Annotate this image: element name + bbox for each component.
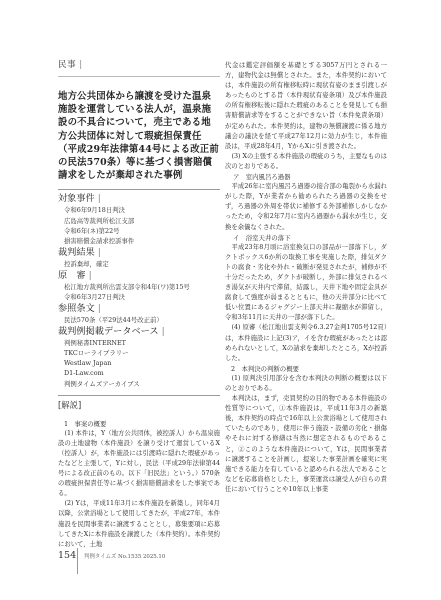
paragraph: (3) Xの主張する本件施設の瑕疵のうち，主要なものは次のとおりである。 [225,152,387,172]
database-item: 判例秘書INTERNET [58,338,220,348]
meta-line: 控訴棄却，確定 [58,259,220,269]
meta-line: 令和6年(ネ)第22号 [58,226,220,236]
paragraph: 平成23年8月頃に浴室換気口の部品が一部落下し，ダクトボックス6か所の取換工事を… [225,243,387,324]
database-item: TKCローライブラリー [58,348,220,358]
case-title: 地方公共団体から譲渡を受けた温泉施設を運営している法人が，温泉施設の不具合につい… [58,90,220,182]
category-label: 民事| [58,58,220,72]
paragraph: (1) 本件は，Y（地方公共団体，被控訴人）から温泉施設の土地建物（本件施設）を… [58,429,220,500]
right-column: 代金は鑑定評価額を基礎とする3057万円とされる一方，建物代金は無償とされた。ま… [225,61,387,495]
meta-line: 松江地方裁判所出雲支部令和4年(ワ)第15号 [58,282,220,292]
commentary-left: 1 事案の概要 (1) 本件は，Y（地方公共団体，被控訴人）から温泉施設の土地建… [58,419,220,550]
footer-divider [77,548,78,574]
paragraph: (1) 原判決引用部分を含む本判決の判断の概要は以下のとおりである。 [225,374,387,394]
meta-heading-statutes: 参照条文| [58,303,220,315]
meta-line: 令和6年3月27日判決 [58,292,220,302]
database-item: Westlaw Japan [58,358,220,368]
meta-line: 令和6年9月18日判決 [58,205,220,215]
subsection-heading: イ 浴室天井の落下 [225,233,387,243]
meta-line: 損害賠償金請求控訴事件 [58,236,220,246]
paragraph: 本判決は，まず，売買契約の目的物である本件施設の性質等について，①本件施設は，平… [225,394,387,495]
meta-line: 広島高等裁判所松江支部 [58,216,220,226]
meta-heading-case: 対象事件| [58,193,220,205]
divider [58,395,220,396]
meta-heading-original: 原 審| [58,270,220,282]
paragraph: 代金は鑑定評価額を基礎とする3057万円とされる一方，建物代金は無償とされた。ま… [225,61,387,152]
journal-info: 判例タイムズ No.1535 2025.10 [84,552,165,560]
database-item: D1-Law.com [58,368,220,378]
database-item: 判例タイムズアーカイブス [58,379,220,389]
divider [58,76,220,77]
paragraph: (4) 原審（松江地出雲支判令6.3.27金判1705号12頁）は，本件施設に上… [225,323,387,363]
left-column: 民事| 地方公共団体から譲渡を受けた温泉施設を運営している法人が，温泉施設の不具… [58,58,220,550]
commentary-heading: [解説] [58,399,220,411]
subsection-heading: ア 室内風呂ろ過器 [225,172,387,182]
meta-heading-result: 裁判結果| [58,247,220,259]
paragraph: 平成26年に室内風呂ろ過器の接合部の亀裂から水漏れがした際，Yが業者から勧められ… [225,182,387,232]
section-heading: 1 事案の概要 [58,419,220,429]
divider [58,189,220,190]
page-number: 154 [58,550,76,561]
paragraph: (2) Yは，平成11年3月に本件施設を新築し，同年4月以降，公衆浴場として使用… [58,499,220,549]
meta-block: 対象事件| 令和6年9月18日判決 広島高等裁判所松江支部 令和6年(ネ)第22… [58,193,220,388]
meta-line: 民法570条（平29法44号改正前） [58,315,220,325]
section-heading: 2 本判決の判断の概要 [225,364,387,374]
meta-heading-databases: 裁判例掲載データベース| [58,326,220,338]
